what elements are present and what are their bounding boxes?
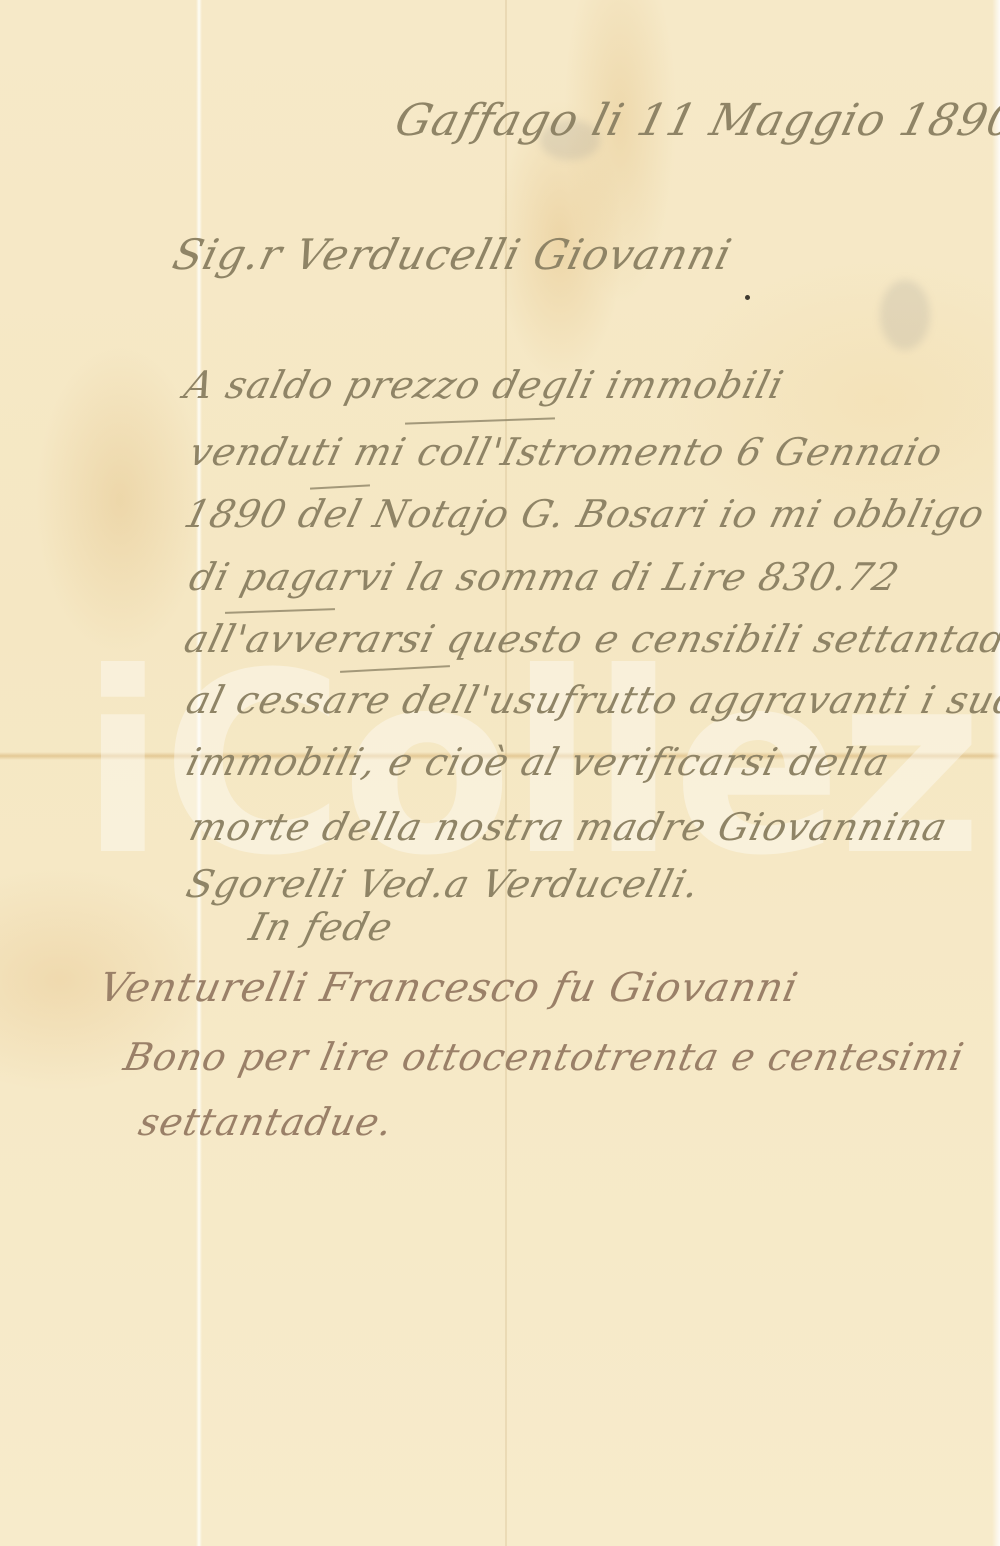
- body-line: Sgorelli Ved.a Verducelli.: [182, 862, 705, 906]
- signature: Venturelli Francesco fu Giovanni: [95, 965, 802, 1011]
- amount-in-words-cont: settantadue.: [135, 1100, 397, 1144]
- place-date-heading: Gaffago li 11 Maggio 1890: [390, 95, 1000, 146]
- ink-dot: [745, 295, 750, 300]
- body-line: venduti mi coll'Istromento 6 Gennaio: [185, 430, 948, 474]
- ink-smudge: [880, 280, 930, 350]
- body-line: morte della nostra madre Giovannina: [185, 805, 952, 849]
- strikethrough-mark: [405, 417, 555, 424]
- body-line: immobili, e cioè al verificarsi della: [182, 740, 894, 784]
- salutation: Sig.r Verducelli Giovanni: [168, 230, 737, 279]
- body-line: 1890 del Notajo G. Bosari io mi obbligo: [180, 492, 990, 536]
- document-page: iCollezionisti Gaffago li 11 Maggio 1890…: [0, 0, 1000, 1546]
- strikethrough-mark: [225, 608, 335, 614]
- body-line: al cessare dell'usufrutto aggravanti i s…: [182, 678, 1000, 722]
- paper-edge: [992, 0, 1000, 1546]
- strikethrough-mark: [310, 484, 370, 489]
- strikethrough-mark: [340, 665, 450, 673]
- body-line: A saldo prezzo degli immobili: [180, 363, 788, 407]
- body-line: all'avverarsi questo e censibili settant…: [180, 617, 1000, 661]
- closing-phrase: In fede: [245, 905, 398, 949]
- amount-in-words: Bono per lire ottocentotrenta e centesim…: [120, 1035, 968, 1079]
- body-line: di pagarvi la somma di Lire 830.72: [185, 555, 904, 599]
